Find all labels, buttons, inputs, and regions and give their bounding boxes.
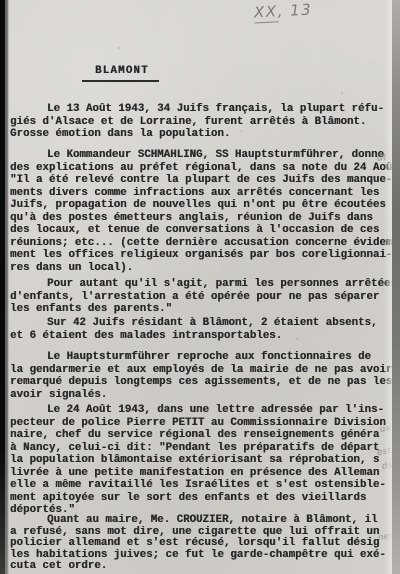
text-line: des locaux, et tenue de conversations à …	[10, 224, 400, 237]
paragraph-1: Le 13 Août 1943, 34 Juifs français, la p…	[10, 103, 400, 141]
text-line: la gendarmerie et aux employés de la mai…	[10, 364, 400, 377]
page-edge-highlight	[384, 0, 392, 574]
text-line: remarqué depuis longtemps ces agissement…	[10, 376, 400, 389]
text-line: "Il a été relevé contre la plupart de ce…	[10, 174, 400, 187]
handwritten-page-number: XX, 13	[254, 0, 313, 21]
text-line: ment apitoyée sur le sort des enfants et…	[10, 492, 400, 505]
text-line: livrée à une petite manifestation en pré…	[10, 467, 400, 480]
text-line: Sur 42 Juifs résidant à Blâmont, 2 étaie…	[10, 317, 400, 330]
annotation-page-number: , 13	[277, 0, 313, 20]
paragraph-4: Sur 42 Juifs résidant à Blâmont, 2 étaie…	[10, 317, 400, 342]
text-line: et 6 étaient des malades intransportable…	[10, 330, 400, 343]
paragraph-2: Le Kommandeur SCHMAHLING, SS Hauptsturmf…	[10, 149, 400, 274]
text-line: Juifs, propagation de nouvelles qui n'on…	[10, 199, 400, 212]
body-text: Le 13 Août 1943, 34 Juifs français, la p…	[10, 0, 400, 574]
text-line: à Nancy, celui-ci dit: "Pendant les prép…	[10, 442, 400, 455]
text-line: naire, chef du service régional des rens…	[10, 429, 400, 442]
scan-edge-right	[392, 0, 400, 574]
text-line: des explications au préfet régional, dan…	[10, 162, 400, 175]
text-line: Le Hauptsturmführer reproche aux fonctio…	[10, 351, 400, 364]
text-line: cuta cet ordre.	[10, 561, 400, 573]
text-line: Grosse émotion dans la population.	[10, 128, 400, 141]
scanned-document-page: XX, 13 BLAMONT Le 13 Août 1943, 34 Juifs…	[0, 0, 400, 574]
text-line: res dans un local).	[10, 262, 400, 275]
text-line: les enfants des parents."	[10, 303, 400, 316]
text-line: ments divers comme infractions aux arrêt…	[10, 187, 400, 200]
text-line: d'enfants, l'arrestation a été opérée po…	[10, 291, 400, 304]
text-line: réunions; etc... (cette dernière accusat…	[10, 237, 400, 250]
text-line: Le 24 Août 1943, dans une lettre adressé…	[10, 404, 400, 417]
text-line: Le 13 Août 1943, 34 Juifs français, la p…	[10, 103, 400, 116]
scan-edge-left	[0, 0, 9, 574]
text-line: avoir signalés.	[10, 389, 400, 402]
text-line: Quant au maire, Me. CROUZIER, notaire à …	[10, 515, 400, 527]
text-line: la population blâmontaise extériorisant …	[10, 454, 400, 467]
text-line: giés d'Alsace et de Lorraine, furent arr…	[10, 116, 400, 129]
text-line: elle a même ravitaillé les Israélites et…	[10, 479, 400, 492]
text-line: Le Kommandeur SCHMAHLING, SS Hauptsturmf…	[10, 149, 400, 162]
paragraph-6: Le 24 Août 1943, dans une lettre adressé…	[10, 404, 400, 517]
annotation-roman-numeral: XX	[254, 2, 279, 23]
text-line: ment les offices religieux organisés par…	[10, 249, 400, 262]
paragraph-7: Quant au maire, Me. CROUZIER, notaire à …	[10, 515, 400, 573]
text-line: qu'à des postes émetteurs anglais, réuni…	[10, 212, 400, 225]
text-line: pecteur de police Pierre PETIT au Commis…	[10, 417, 400, 430]
paragraph-5: Le Hauptsturmführer reproche aux fonctio…	[10, 351, 400, 401]
text-line: Pour autant qu'il s'agit, parmi les pers…	[10, 278, 400, 291]
paragraph-3: Pour autant qu'il s'agit, parmi les pers…	[10, 278, 400, 316]
